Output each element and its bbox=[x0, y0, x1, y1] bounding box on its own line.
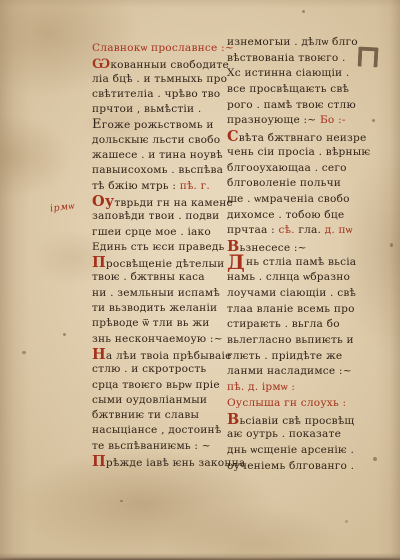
ink-text: Хс истинна сіающіи . bbox=[227, 67, 349, 79]
text-line: прчтаа : сѣ. гла. д. пѡ bbox=[227, 223, 387, 239]
ink-text: Е bbox=[92, 117, 102, 132]
text-line: тлаа вланіе всемь про bbox=[227, 302, 387, 318]
text-line: прчтои , вьмѣстіи . bbox=[92, 102, 232, 117]
stain-speck bbox=[345, 520, 348, 523]
rubric-text: Бо :- bbox=[320, 114, 346, 126]
ink-text: твоѥ . бжтвны каса bbox=[92, 271, 205, 283]
ink-text: стираѥть . вьгла бо bbox=[227, 318, 340, 330]
ink-text: днь ѡсщеніе арсеніѥ . bbox=[227, 444, 354, 456]
ink-text: чень сіи просіа . вѣрныѥ bbox=[227, 146, 370, 158]
ink-text: гшеи срце мое . іако bbox=[92, 226, 211, 238]
ink-text: свѣтителіа . чрѣво тво bbox=[92, 88, 220, 100]
text-line: Вьзнесесе :~ bbox=[227, 239, 387, 255]
text-line: Прѣжде іавѣ ѥнь законна bbox=[92, 454, 232, 469]
text-line: Свѣта бжтвнаго неизре bbox=[227, 129, 387, 145]
text-line: празноующе :~ Бо :- bbox=[227, 113, 387, 129]
ink-text: рѣжде іавѣ ѥнь законна bbox=[106, 457, 245, 469]
text-line: стлю . и скротрость bbox=[92, 362, 232, 377]
ink-text: празноующе :~ bbox=[227, 114, 320, 126]
ink-text: вѣствованіа твоѥго . bbox=[227, 52, 346, 64]
text-line: ліа бцѣ . и тьмныхь про bbox=[92, 72, 232, 87]
text-line: Хс истинна сіающіи . bbox=[227, 66, 387, 82]
text-line: Ѡкованныи свободите bbox=[92, 56, 232, 71]
text-line: оученіемь блгованго . bbox=[227, 459, 387, 475]
stain-speck bbox=[302, 10, 305, 13]
text-line: дихомсе . тобою бце bbox=[227, 208, 387, 224]
text-line: срца твоѥго вьрѡ пріе bbox=[92, 378, 232, 393]
ink-text: дольскыѥ льсти свобо bbox=[92, 134, 220, 146]
text-line: лоучами сіающіи . свѣ bbox=[227, 286, 387, 302]
ink-text: насыціансе , достоинѣ bbox=[92, 424, 221, 436]
ink-text: тврьди гн на камене bbox=[114, 197, 233, 209]
rubric-text: Н bbox=[92, 346, 106, 363]
ink-text: кованныи свободите bbox=[110, 59, 229, 71]
ink-text: заповѣди твои . подви bbox=[92, 210, 219, 222]
text-line: гшеи срце мое . іако bbox=[92, 225, 232, 240]
ink-text: ліа бцѣ . и тьмныхь про bbox=[92, 73, 227, 85]
ink-text: гоже рожьствомь и bbox=[102, 119, 214, 131]
ink-text: нь стліа памѣ вьсіа bbox=[246, 256, 356, 268]
rubric-text: Д bbox=[227, 258, 245, 267]
ink-text: рого . памѣ твоѥ стлю bbox=[227, 99, 356, 111]
text-line: павыисохомь . вьспѣва bbox=[92, 163, 232, 178]
text-line: рого . памѣ твоѥ стлю bbox=[227, 98, 387, 114]
ink-text: дихомсе . тобою бце bbox=[227, 209, 344, 221]
ink-text: а лѣи твоіа прѣбываіе bbox=[106, 350, 232, 362]
text-line: Оуслыша гн слоухь : bbox=[227, 396, 387, 412]
rubric-text: Оу bbox=[92, 193, 114, 210]
text-line: дольскыѥ льсти свобо bbox=[92, 133, 232, 148]
text-line: бжтвниѥ ти славы bbox=[92, 408, 232, 423]
ink-text: оученіемь блгованго . bbox=[227, 460, 354, 472]
text-line: тѣ бжію мтрь : пѣ. г. bbox=[92, 179, 232, 194]
ink-blot bbox=[357, 46, 378, 67]
text-line: аѥ оутрь . показате bbox=[227, 427, 387, 443]
text-line: заповѣди твои . подви bbox=[92, 209, 232, 224]
ink-text: знь нескончаемоую :~ bbox=[92, 333, 223, 345]
stain-speck bbox=[390, 243, 393, 247]
text-line: Егоже рожьствомь и bbox=[92, 117, 232, 132]
text-line: чень сіи просіа . вѣрныѥ bbox=[227, 145, 387, 161]
text-column-left: Славнокѡ прославнсе :~Ѡкованныи свободит… bbox=[92, 41, 232, 469]
ink-text: сыми оудовліанмыи bbox=[92, 394, 207, 406]
rubric-text: П bbox=[92, 453, 106, 470]
ink-text: блговоленіе польчи bbox=[227, 177, 341, 189]
ink-text: Единь сть ѥси праведь bbox=[92, 241, 225, 253]
text-line: Днь стліа памѣ вьсіа bbox=[227, 255, 387, 271]
rubric-text: П bbox=[92, 254, 106, 271]
text-line: ланми насладимсе :~ bbox=[227, 364, 387, 380]
text-line: Вьсіавіи свѣ просвѣщ bbox=[227, 412, 387, 428]
text-line: Единь сть ѥси праведь bbox=[92, 240, 232, 255]
text-line: твоѥ . бжтвны каса bbox=[92, 270, 232, 285]
stain-speck bbox=[63, 333, 66, 336]
ink-text: стлю . и скротрость bbox=[92, 363, 206, 375]
text-line: намь . слнца ѡбразно bbox=[227, 270, 387, 286]
text-line: днь ѡсщеніе арсеніѥ . bbox=[227, 443, 387, 459]
ink-text: прчтаа : bbox=[227, 224, 278, 236]
ink-text: те вьспѣваниѥмь : ~ bbox=[92, 440, 211, 452]
text-line: На лѣи твоіа прѣбываіе bbox=[92, 347, 232, 362]
text-line: Просвѣщеніе дѣтелыи bbox=[92, 255, 232, 270]
text-line: стираѥть . вьгла бо bbox=[227, 317, 387, 333]
ink-text: вьлегласно вьпиѥть и bbox=[227, 334, 354, 346]
text-line: знь нескончаемоую :~ bbox=[92, 332, 232, 347]
stain-speck bbox=[22, 351, 26, 354]
text-line: сыми оудовліанмыи bbox=[92, 393, 232, 408]
text-line: ти вьзводить желаніи bbox=[92, 301, 232, 316]
ink-text: намь . слнца ѡбразно bbox=[227, 271, 350, 283]
text-line: те вьспѣваниѥмь : ~ bbox=[92, 439, 232, 454]
rubric-text: пѣ. г. bbox=[180, 180, 210, 192]
stain-speck bbox=[372, 119, 375, 122]
rubric-text: д. пѡ bbox=[325, 224, 353, 236]
ink-text: срца твоѥго вьрѡ пріе bbox=[92, 379, 220, 391]
ink-text: гла. bbox=[298, 224, 324, 236]
text-line: насыціансе , достоинѣ bbox=[92, 423, 232, 438]
text-line: Оутврьди гн на камене bbox=[92, 194, 232, 209]
rubric-text: Славнокѡ прославнсе :~ bbox=[92, 42, 234, 54]
margin-note-irmos: ірмѡ bbox=[49, 201, 75, 215]
rubric-text: Оуслыша гн слоухь : bbox=[227, 397, 346, 409]
ink-text: жашесе . и тина ноувѣ bbox=[92, 149, 223, 161]
stain-speck bbox=[373, 457, 377, 461]
text-line: ше . ѡмраченіа свобо bbox=[227, 192, 387, 208]
text-line: глѥть . пріидѣте же bbox=[227, 349, 387, 365]
text-line: ни . земльныи испамѣ bbox=[92, 286, 232, 301]
ink-text: изнемогыи . дѣлѡ блго bbox=[227, 36, 358, 48]
ink-text: ше . ѡмраченіа свобо bbox=[227, 193, 350, 205]
ink-text: блгооухающаа . сего bbox=[227, 162, 347, 174]
text-line: вьлегласно вьпиѥть и bbox=[227, 333, 387, 349]
ink-text: аѥ оутрь . показате bbox=[227, 428, 341, 440]
text-line: блгооухающаа . сего bbox=[227, 161, 387, 177]
ink-text: прѣводе ѿ тли вь жи bbox=[92, 317, 210, 329]
manuscript-page: ірмѡ Славнокѡ прославнсе :~Ѡкованныи сво… bbox=[0, 0, 400, 560]
rubric-text: пѣ. д. ірмѡ : bbox=[227, 381, 295, 393]
ink-text: павыисохомь . вьспѣва bbox=[92, 164, 223, 176]
rubric-text: сѣ. bbox=[278, 224, 298, 236]
ink-text: бжтвниѥ ти славы bbox=[92, 409, 199, 421]
rubric-text: С bbox=[227, 128, 239, 145]
ink-text: ти вьзводить желаніи bbox=[92, 302, 217, 314]
ink-text: прчтои , вьмѣстіи . bbox=[92, 103, 201, 115]
ink-text: лоучами сіающіи . свѣ bbox=[227, 287, 356, 299]
ink-text: тѣ бжію мтрь : bbox=[92, 180, 180, 192]
ink-text: ланми насладимсе :~ bbox=[227, 365, 352, 377]
text-line: Славнокѡ прославнсе :~ bbox=[92, 41, 232, 56]
ink-text: ни . земльныи испамѣ bbox=[92, 287, 220, 299]
ink-text: ьзнесесе :~ bbox=[239, 242, 306, 254]
ink-text: тлаа вланіе всемь про bbox=[227, 303, 355, 315]
text-line: прѣводе ѿ тли вь жи bbox=[92, 316, 232, 331]
ink-text: вѣта бжтвнаго неизре bbox=[239, 132, 367, 144]
text-line: все просвѣщаѥть свѣ bbox=[227, 82, 387, 98]
rubric-text: Ѡ bbox=[92, 55, 110, 72]
text-line: пѣ. д. ірмѡ : bbox=[227, 380, 387, 396]
text-line: свѣтителіа . чрѣво тво bbox=[92, 87, 232, 102]
text-column-right: изнемогыи . дѣлѡ блговѣствованіа твоѥго … bbox=[227, 35, 387, 474]
ink-text: ьсіавіи свѣ просвѣщ bbox=[239, 415, 354, 427]
ink-text: все просвѣщаѥть свѣ bbox=[227, 83, 349, 95]
ink-text: росвѣщеніе дѣтелыи bbox=[106, 258, 225, 270]
ink-text: глѥть . пріидѣте же bbox=[227, 350, 342, 362]
text-line: блговоленіе польчи bbox=[227, 176, 387, 192]
rubric-text: В bbox=[227, 411, 239, 428]
stain-speck bbox=[120, 500, 123, 502]
text-line: жашесе . и тина ноувѣ bbox=[92, 148, 232, 163]
